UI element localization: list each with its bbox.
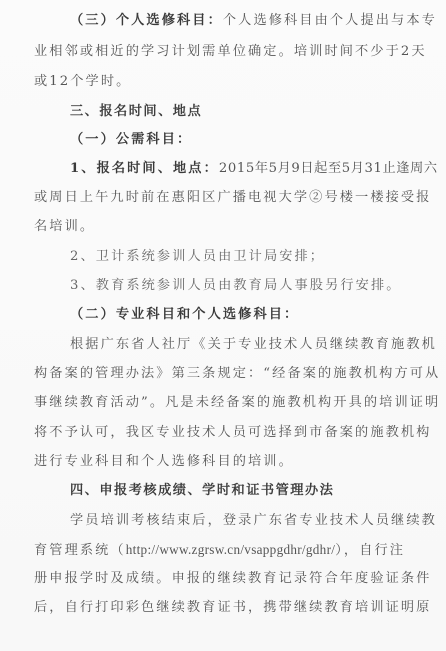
section-3-personal-elective: （三）个人选修科目：个人选修科目由个人提出与本专: [70, 12, 446, 30]
paragraph-line: 或12个学时。: [34, 73, 416, 91]
paragraph-line: 进行专业科目和个人选修科目的培训。: [34, 453, 416, 471]
system-url-link[interactable]: http://www.zgrsw.cn/vsappgdhr/gdhr/: [126, 542, 336, 557]
item-1-registration: 1、报名时间、地点：2015年5月9日起至5月31止逢周六: [70, 160, 446, 178]
subheading-professional-subjects: （二）专业科目和个人选修科目：: [70, 306, 446, 324]
item-2-health-system: 2、卫计系统参训人员由卫计局安排；: [70, 248, 446, 266]
item-label: 1、报名时间、地点：: [70, 161, 219, 176]
subheading-public-subjects: （一）公需科目：: [70, 131, 446, 149]
item-3-education-system: 3、教育系统参训人员由教育局人事股另行安排。: [70, 277, 446, 295]
paragraph-text: 育管理系统（: [34, 543, 126, 558]
heading-assessment-management: 四、申报考核成绩、学时和证书管理办法: [70, 482, 446, 500]
paragraph-line: 根据广东省人社厅《关于专业技术人员继续教育施教机: [70, 336, 446, 354]
paragraph-text: 2015年5月9日起至5月31止逢周六: [219, 161, 438, 176]
paragraph-text: ），自行注: [335, 543, 405, 558]
paragraph-line: 构备案的管理办法》第三条规定：“经备案的施教机构方可从: [34, 365, 416, 383]
paragraph-line: 事继续教育活动”。凡是未经备案的施教机构开具的培训证明: [34, 394, 416, 412]
paragraph-line: 册申报学时及成绩。申报的继续教育记录符合年度验证条件: [34, 570, 416, 588]
paragraph-line: 将不予认可，我区专业技术人员可选择到市备案的施教机构: [34, 424, 416, 442]
paragraph-line: 学员培训考核结束后，登录广东省专业技术人员继续教: [70, 512, 446, 530]
paragraph-line: 后，自行打印彩色继续教育证书，携带继续教育培训证明原: [34, 599, 416, 617]
paragraph-text: 个人选修科目由个人提出与本专: [223, 13, 437, 28]
heading-registration-time-place: 三、报名时间、地点: [70, 103, 446, 121]
section-label: （三）个人选修科目：: [70, 13, 223, 28]
paragraph-line: 业相邻或相近的学习计划需单位确定。培训时间不少于2天: [34, 43, 416, 61]
document-page: （三）个人选修科目：个人选修科目由个人提出与本专 业相邻或相近的学习计划需单位确…: [0, 0, 446, 651]
paragraph-line: 名培训。: [34, 218, 416, 236]
paragraph-line: 或周日上午九时前在惠阳区广播电视大学②号楼一楼接受报: [34, 189, 416, 207]
paragraph-line-with-url: 育管理系统（http://www.zgrsw.cn/vsappgdhr/gdhr…: [34, 541, 416, 560]
